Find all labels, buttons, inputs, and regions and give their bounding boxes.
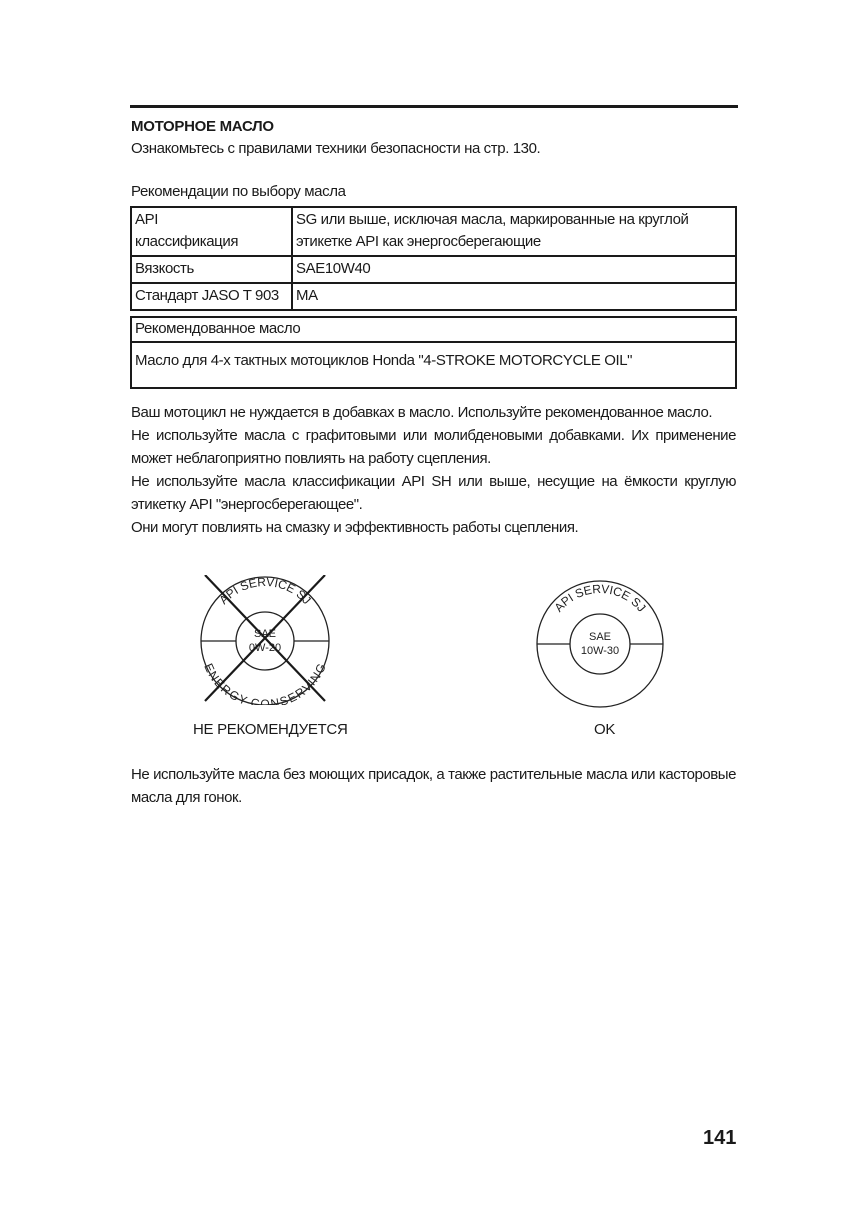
recommended-oil-text: Масло для 4-х тактных мотоциклов Honda "… — [132, 343, 735, 371]
api-label-crossed-icon: API SERVICE SJ ENERGY CONSERVING SAE 0W-… — [190, 575, 340, 705]
spec-value: MA — [292, 283, 736, 310]
svg-text:SAE: SAE — [589, 631, 611, 643]
spec-key: Стандарт JASO T 903 — [131, 283, 292, 310]
paragraph: Ваш мотоцикл не нуждается в добавках в м… — [131, 401, 736, 424]
spec-value-line: SG или выше, исключая масла, маркированн… — [296, 209, 731, 231]
spec-value: SG или выше, исключая масла, маркированн… — [292, 207, 736, 256]
recommended-oil-box: Рекомендованное масло Масло для 4-х такт… — [130, 316, 737, 389]
table-row: Стандарт JASO T 903 MA — [131, 283, 736, 310]
safety-note: Ознакомьтесь с правилами техники безопас… — [131, 140, 540, 157]
section-title: МОТОРНОЕ МАСЛО — [131, 118, 274, 135]
table-caption: Рекомендации по выбору масла — [131, 183, 346, 200]
table-row: Вязкость SAE10W40 — [131, 256, 736, 283]
spec-value: SAE10W40 — [292, 256, 736, 283]
top-rule — [130, 105, 738, 108]
api-label-ok-icon: API SERVICE SJ SAE 10W-30 — [530, 580, 670, 710]
oil-spec-table: API классификация SG или выше, исключая … — [130, 206, 737, 311]
recommended-oil-header: Рекомендованное масло — [132, 318, 735, 343]
final-warning: Не используйте масла без моющих присадок… — [131, 763, 736, 809]
svg-text:0W-20: 0W-20 — [249, 642, 281, 654]
spec-value-line: этикетке API как энергосберегающие — [296, 231, 731, 253]
paragraph: Они могут повлиять на смазку и эффективн… — [131, 516, 736, 539]
ok-caption: OK — [594, 721, 615, 738]
spec-key-line: API — [135, 209, 287, 231]
spec-key-line: классификация — [135, 231, 287, 253]
spec-key: API классификация — [131, 207, 292, 256]
table-row: API классификация SG или выше, исключая … — [131, 207, 736, 256]
not-recommended-caption: НЕ РЕКОМЕНДУЕТСЯ — [193, 721, 347, 738]
svg-text:API SERVICE SJ: API SERVICE SJ — [552, 582, 649, 615]
api-service-label-figure: API SERVICE SJ SAE 10W-30 — [530, 580, 670, 710]
paragraph: Не используйте масла без моющих присадок… — [131, 763, 736, 809]
spec-key: Вязкость — [131, 256, 292, 283]
paragraph: Не используйте масла с графитовыми или м… — [131, 424, 736, 470]
svg-text:ENERGY CONSERVING: ENERGY CONSERVING — [201, 661, 328, 705]
oil-warnings: Ваш мотоцикл не нуждается в добавках в м… — [131, 401, 736, 539]
paragraph: Не используйте масла классификации API S… — [131, 470, 736, 516]
page-number: 141 — [703, 1127, 736, 1150]
svg-text:10W-30: 10W-30 — [581, 645, 619, 657]
energy-conserving-label-figure: API SERVICE SJ ENERGY CONSERVING SAE 0W-… — [190, 575, 340, 705]
